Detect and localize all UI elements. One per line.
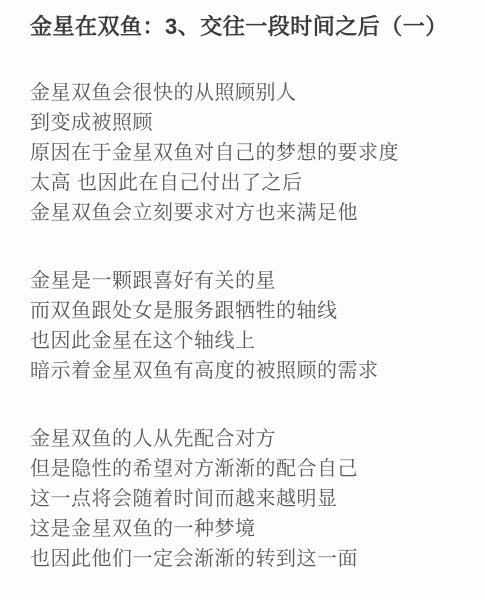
- text-line: 太高 也因此在自己付出了之后: [30, 168, 457, 198]
- text-line: 到变成被照顾: [30, 108, 457, 138]
- text-line: 这一点将会随着时间而越来越明显: [30, 484, 457, 514]
- article-page: 金星在双鱼：3、交往一段时间之后（一） 金星双鱼会很快的从照顾别人 到变成被照顾…: [0, 0, 485, 600]
- text-line: 这是金星双鱼的一种梦境: [30, 514, 457, 544]
- paragraph-1: 金星双鱼会很快的从照顾别人 到变成被照顾 原因在于金星双鱼对自己的梦想的要求度 …: [30, 78, 457, 228]
- text-line: 也因此他们一定会渐渐的转到这一面: [30, 544, 457, 574]
- text-line: 金星是一颗跟喜好有关的星: [30, 266, 457, 296]
- text-line: 但是隐性的希望对方渐渐的配合自己: [30, 454, 457, 484]
- text-line: 金星双鱼会很快的从照顾别人: [30, 78, 457, 108]
- text-line: 金星双鱼会立刻要求对方也来满足他: [30, 198, 457, 228]
- text-line: 也因此金星在这个轴线上: [30, 326, 457, 356]
- text-line: 金星双鱼的人从先配合对方: [30, 424, 457, 454]
- paragraph-3: 金星双鱼的人从先配合对方 但是隐性的希望对方渐渐的配合自己 这一点将会随着时间而…: [30, 424, 457, 574]
- text-line: 原因在于金星双鱼对自己的梦想的要求度: [30, 138, 457, 168]
- paragraph-2: 金星是一颗跟喜好有关的星 而双鱼跟处女是服务跟牺牲的轴线 也因此金星在这个轴线上…: [30, 266, 457, 386]
- text-line: 暗示着金星双鱼有高度的被照顾的需求: [30, 356, 457, 386]
- article-title: 金星在双鱼：3、交往一段时间之后（一）: [30, 12, 457, 42]
- text-line: 而双鱼跟处女是服务跟牺牲的轴线: [30, 296, 457, 326]
